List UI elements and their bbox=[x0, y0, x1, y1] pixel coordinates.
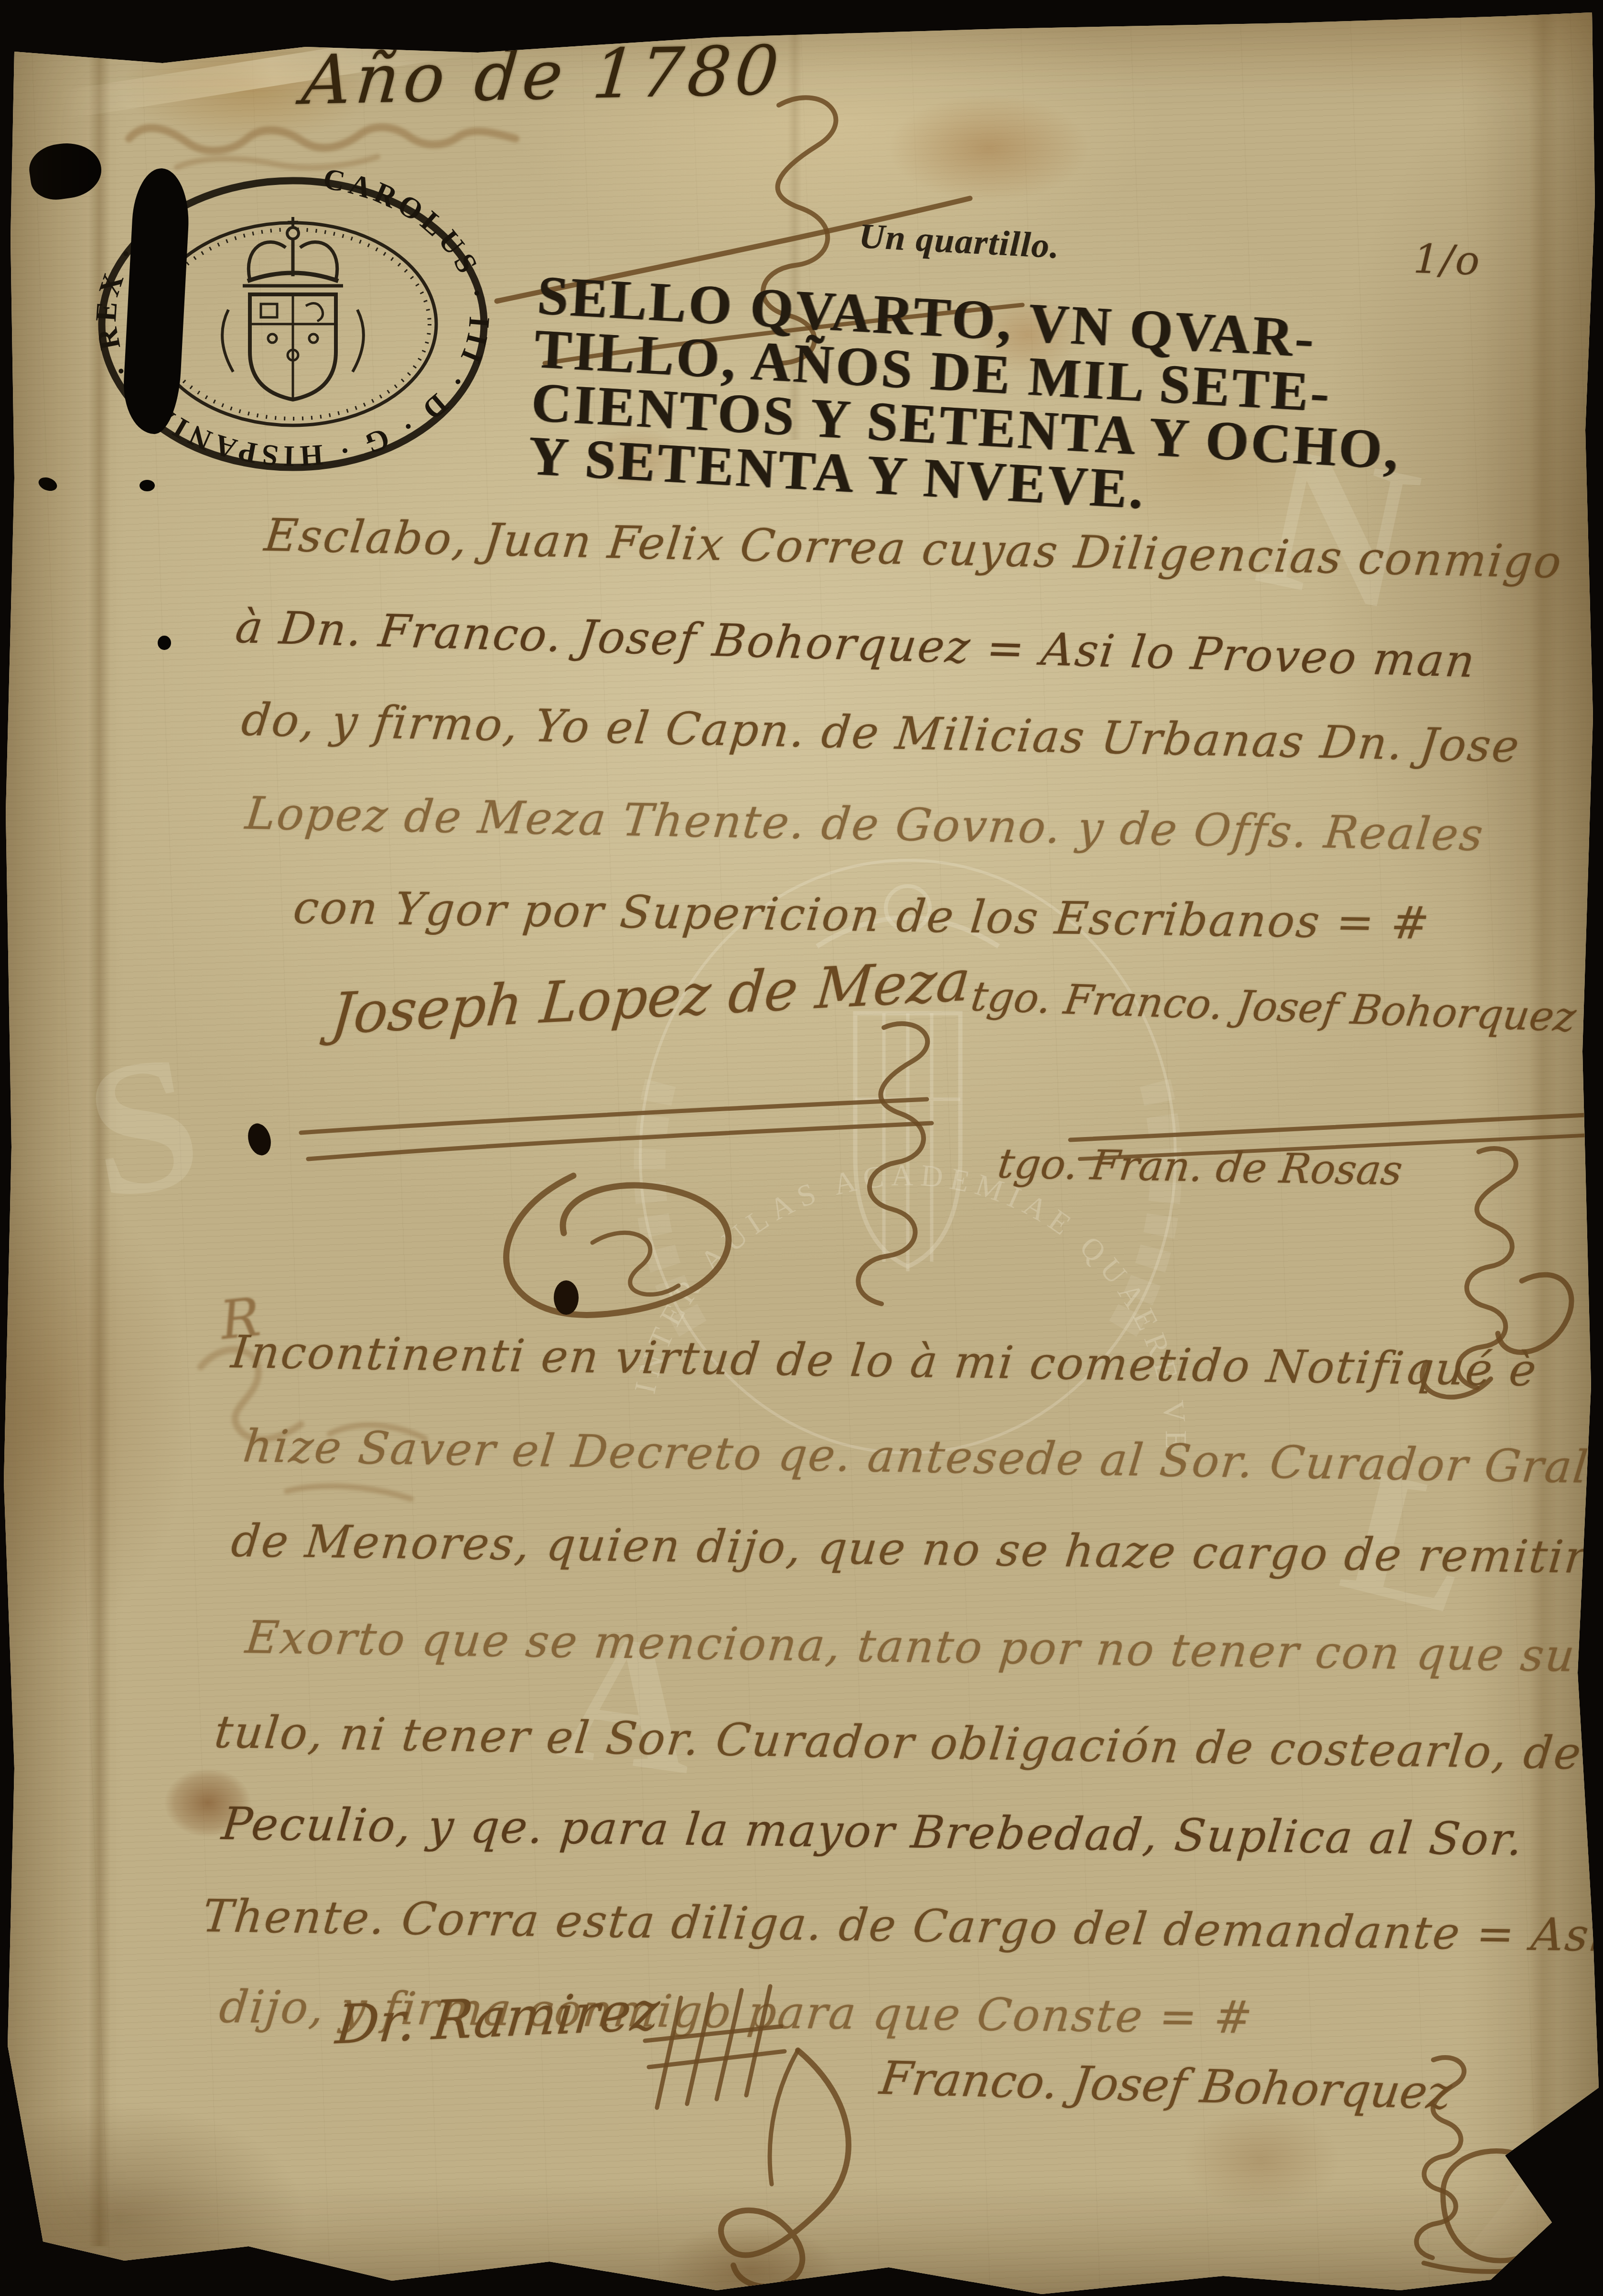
photographed-manuscript: INTER AULAS ACADEMIAE QUAERE VERUM N S A… bbox=[0, 0, 1603, 2296]
edge-vignette bbox=[0, 0, 1603, 2296]
paper-sheet: INTER AULAS ACADEMIAE QUAERE VERUM N S A… bbox=[0, 0, 1603, 2296]
